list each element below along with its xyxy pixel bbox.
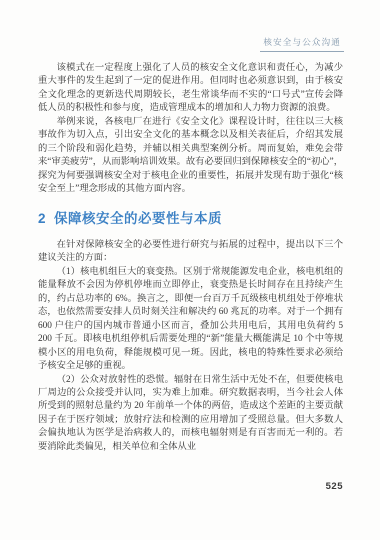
paragraph-5: （2）公众对放射性的恐慌。辐射在日常生活中无处不在，但要使核电厂周边的公众接受并… — [38, 374, 343, 455]
paragraph-3: 在针对保障核安全的必要性进行研究与拓展的过程中，提出以下三个建议关注的方面： — [38, 239, 343, 266]
page-body: 该模式在一定程度上强化了人员的核安全文化意识和责任心，为减少重大事件的发生起到了… — [38, 62, 343, 454]
page-number: 525 — [326, 481, 343, 492]
paragraph-4: （1）核电机组巨大的衰变热。区别于常规能源发电企业，核电机组的能量释放不会因为停… — [38, 266, 343, 374]
running-header: 核安全与公众沟通 — [260, 32, 344, 52]
section-number: 2 — [38, 211, 46, 226]
section-title: 保障核安全的必要性与本质 — [54, 211, 222, 226]
running-header-title: 核安全与公众沟通 — [260, 36, 344, 52]
section-heading: 2保障核安全的必要性与本质 — [38, 212, 343, 225]
document-page: 核安全与公众沟通 该模式在一定程度上强化了人员的核安全文化意识和责任心，为减少重… — [0, 0, 380, 540]
paragraph-2: 举例来说，各核电厂在进行《安全文化》课程设计时，往往以三大核事故作为切入点，引出… — [38, 116, 343, 197]
paragraph-1: 该模式在一定程度上强化了人员的核安全文化意识和责任心，为减少重大事件的发生起到了… — [38, 62, 343, 116]
